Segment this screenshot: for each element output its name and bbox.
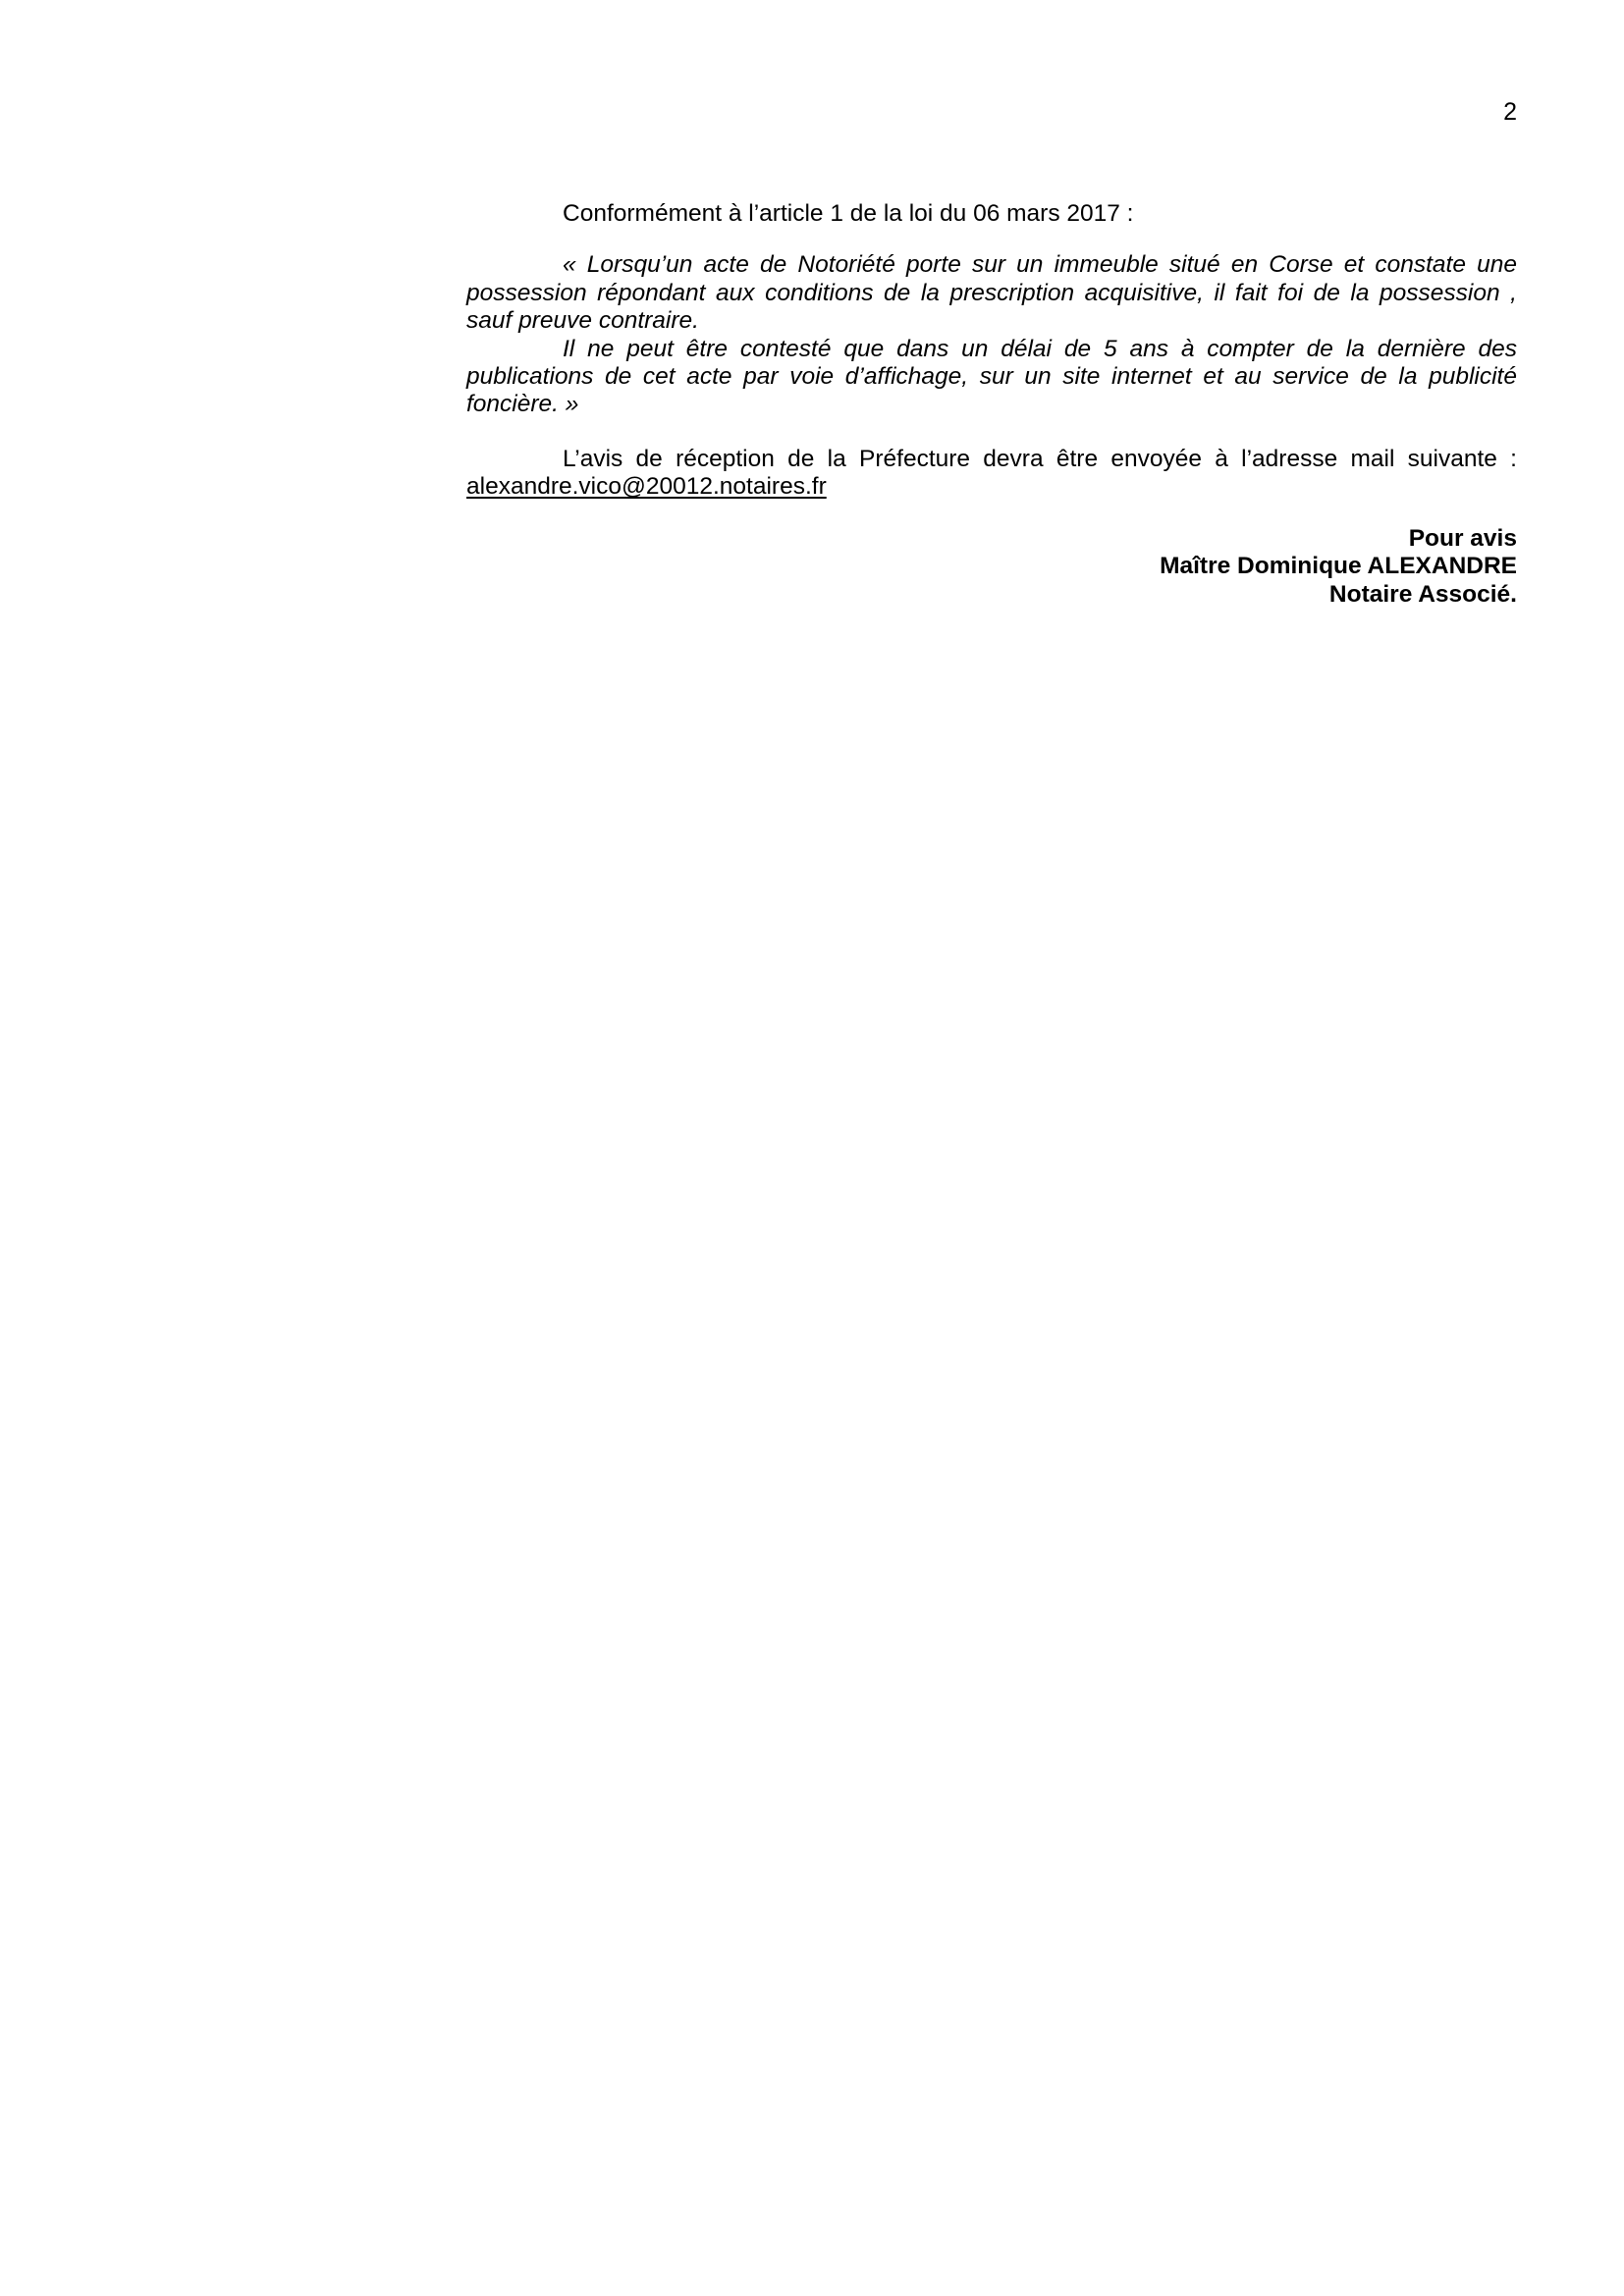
intro-paragraph: Conformément à l’article 1 de la loi du … <box>466 200 1517 228</box>
signature-block: Pour avis Maître Dominique ALEXANDRE Not… <box>466 525 1517 610</box>
page-number: 2 <box>1503 98 1517 126</box>
quote-paragraph-2: Il ne peut être contesté que dans un dél… <box>466 336 1517 419</box>
quote-paragraph-1: « Lorsqu’un acte de Notoriété porte sur … <box>466 251 1517 335</box>
notice-text: L’avis de réception de la Préfecture dev… <box>563 446 1517 472</box>
signature-line-title: Notaire Associé. <box>466 581 1517 610</box>
email-link[interactable]: alexandre.vico@20012.notaires.fr <box>466 473 827 500</box>
law-quote: « Lorsqu’un acte de Notoriété porte sur … <box>466 251 1517 418</box>
notice-paragraph: L’avis de réception de la Préfecture dev… <box>466 446 1517 502</box>
signature-line-name: Maître Dominique ALEXANDRE <box>466 553 1517 581</box>
document-body: Conformément à l’article 1 de la loi du … <box>466 200 1517 609</box>
signature-line-pour-avis: Pour avis <box>466 525 1517 554</box>
